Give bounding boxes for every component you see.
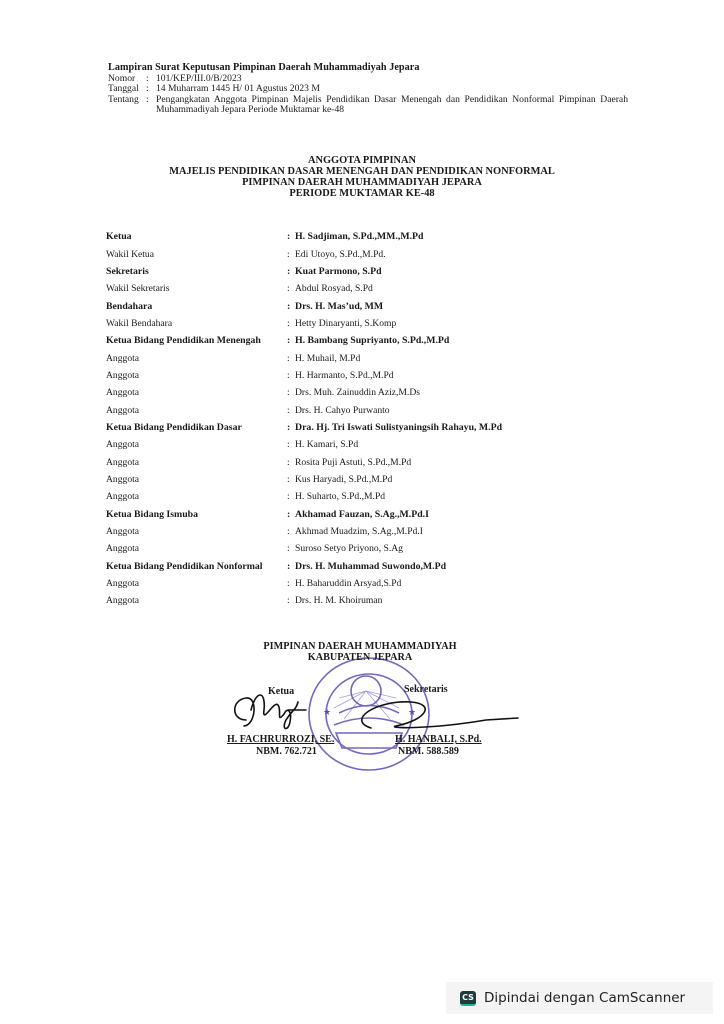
- member-name: Drs. H. Muhammad Suwondo,M.Pd: [295, 561, 626, 572]
- row-colon: :: [286, 283, 295, 294]
- roster-row: Anggota:H. Kamari, S.Pd: [106, 436, 626, 453]
- secretary-nbm: NBM. 588.589: [398, 746, 459, 757]
- chair-nbm: NBM. 762.721: [256, 746, 317, 757]
- member-name: H. Sadjiman, S.Pd.,MM.,M.Pd: [295, 231, 626, 242]
- heading-line-4: PERIODE MUKTAMAR KE-48: [100, 189, 624, 200]
- member-name: Kus Haryadi, S.Pd.,M.Pd: [295, 474, 626, 485]
- member-role: Ketua Bidang Ismuba: [106, 509, 286, 520]
- member-name: Edi Utoyo, S.Pd.,M.Pd.: [295, 249, 626, 260]
- roster-row: Anggota:Drs. H. Cahyo Purwanto: [106, 401, 626, 418]
- roster-row: Anggota:H. Muhail, M.Pd: [106, 349, 626, 366]
- roster-row: Anggota:H. Harmanto, S.Pd.,M.Pd: [106, 367, 626, 384]
- row-colon: :: [286, 526, 295, 537]
- row-colon: :: [286, 578, 295, 589]
- member-name: Dra. Hj. Tri Iswati Sulistyaningsih Raha…: [295, 422, 626, 433]
- row-colon: :: [286, 405, 295, 416]
- row-colon: :: [286, 457, 295, 468]
- roster-row: Anggota:Drs. Muh. Zainuddin Aziz,M.Ds: [106, 384, 626, 401]
- row-colon: :: [286, 387, 295, 398]
- member-role: Anggota: [106, 543, 286, 554]
- roster-row: Ketua Bidang Ismuba:Akhamad Fauzan, S.Ag…: [106, 506, 626, 523]
- roster-row: Anggota:Akhmad Muadzim, S.Ag.,M.Pd.I: [106, 523, 626, 540]
- member-name: Akhamad Fauzan, S.Ag.,M.Pd.I: [295, 509, 626, 520]
- roster-row: Anggota:H. Baharuddin Arsyad,S.Pd: [106, 575, 626, 592]
- member-name: Suroso Setyo Priyono, S.Ag: [295, 543, 626, 554]
- roster-row: Ketua Bidang Pendidikan Nonformal:Drs. H…: [106, 558, 626, 575]
- handwritten-signature-icon: [226, 680, 526, 740]
- member-role: Anggota: [106, 595, 286, 606]
- roster-row: Anggota:Kus Haryadi, S.Pd.,M.Pd: [106, 471, 626, 488]
- member-role: Anggota: [106, 370, 286, 381]
- member-name: Rosita Puji Astuti, S.Pd.,M.Pd: [295, 457, 626, 468]
- field-value: Pengangkatan Anggota Pimpinan Majelis Pe…: [156, 95, 628, 116]
- document-heading: ANGGOTA PIMPINAN MAJELIS PENDIDIKAN DASA…: [100, 156, 624, 200]
- member-name: H. Bambang Supriyanto, S.Pd.,M.Pd: [295, 335, 626, 346]
- member-role: Anggota: [106, 491, 286, 502]
- row-colon: :: [286, 422, 295, 433]
- member-role: Wakil Ketua: [106, 249, 286, 260]
- member-role: Ketua Bidang Pendidikan Nonformal: [106, 561, 286, 572]
- row-colon: :: [286, 318, 295, 329]
- row-colon: :: [286, 543, 295, 554]
- roster-row: Ketua Bidang Pendidikan Menengah:H. Bamb…: [106, 332, 626, 349]
- row-colon: :: [286, 595, 295, 606]
- document-header: Lampiran Surat Keputusan Pimpinan Daerah…: [108, 63, 628, 116]
- row-colon: :: [286, 353, 295, 364]
- row-colon: :: [286, 301, 295, 312]
- member-name: Drs. H. Cahyo Purwanto: [295, 405, 626, 416]
- row-colon: :: [286, 491, 295, 502]
- member-name: H. Muhail, M.Pd: [295, 353, 626, 364]
- member-name: Drs. Muh. Zainuddin Aziz,M.Ds: [295, 387, 626, 398]
- member-name: Drs. H. M. Khoiruman: [295, 595, 626, 606]
- member-role: Anggota: [106, 353, 286, 364]
- roster-row: Anggota:Suroso Setyo Priyono, S.Ag: [106, 540, 626, 557]
- member-role: Anggota: [106, 387, 286, 398]
- member-role: Wakil Bendahara: [106, 318, 286, 329]
- member-name: Drs. H. Mas’ud, MM: [295, 301, 626, 312]
- member-name: H. Kamari, S.Pd: [295, 439, 626, 450]
- member-name: H. Suharto, S.Pd.,M.Pd: [295, 491, 626, 502]
- member-name: H. Harmanto, S.Pd.,M.Pd: [295, 370, 626, 381]
- row-colon: :: [286, 249, 295, 260]
- member-role: Wakil Sekretaris: [106, 283, 286, 294]
- camscanner-watermark: CS Dipindai dengan CamScanner: [446, 982, 713, 1014]
- attachment-title: Lampiran Surat Keputusan Pimpinan Daerah…: [108, 63, 628, 74]
- roster-row: Anggota:Drs. H. M. Khoiruman: [106, 592, 626, 609]
- member-role: Anggota: [106, 439, 286, 450]
- row-colon: :: [286, 474, 295, 485]
- roster-row: Anggota:H. Suharto, S.Pd.,M.Pd: [106, 488, 626, 505]
- member-role: Ketua Bidang Pendidikan Menengah: [106, 335, 286, 346]
- roster-row: Sekretaris:Kuat Parmono, S.Pd: [106, 263, 626, 280]
- row-colon: :: [286, 439, 295, 450]
- member-roster: Ketua:H. Sadjiman, S.Pd.,MM.,M.PdWakil K…: [106, 228, 626, 610]
- roster-row: Ketua Bidang Pendidikan Dasar:Dra. Hj. T…: [106, 419, 626, 436]
- document-page: Lampiran Surat Keputusan Pimpinan Daerah…: [0, 0, 724, 1024]
- member-role: Anggota: [106, 526, 286, 537]
- field-label: Tentang: [108, 95, 146, 116]
- roster-row: Wakil Sekretaris:Abdul Rosyad, S.Pd: [106, 280, 626, 297]
- roster-row: Wakil Bendahara:Hetty Dinaryanti, S.Komp: [106, 315, 626, 332]
- member-name: Akhmad Muadzim, S.Ag.,M.Pd.I: [295, 526, 626, 537]
- member-role: Sekretaris: [106, 266, 286, 277]
- member-role: Ketua: [106, 231, 286, 242]
- row-colon: :: [286, 335, 295, 346]
- row-colon: :: [286, 231, 295, 242]
- watermark-label: Dipindai dengan CamScanner: [484, 990, 685, 1006]
- member-name: Kuat Parmono, S.Pd: [295, 266, 626, 277]
- member-role: Anggota: [106, 405, 286, 416]
- roster-row: Ketua:H. Sadjiman, S.Pd.,MM.,M.Pd: [106, 228, 626, 245]
- row-colon: :: [286, 509, 295, 520]
- roster-row: Anggota:Rosita Puji Astuti, S.Pd.,M.Pd: [106, 453, 626, 470]
- field-colon: :: [146, 95, 156, 116]
- member-role: Ketua Bidang Pendidikan Dasar: [106, 422, 286, 433]
- row-colon: :: [286, 266, 295, 277]
- org-line-2: KABUPATEN JEPARA: [220, 653, 500, 664]
- camscanner-logo-icon: CS: [460, 991, 476, 1006]
- roster-row: Wakil Ketua:Edi Utoyo, S.Pd.,M.Pd.: [106, 245, 626, 262]
- member-role: Anggota: [106, 474, 286, 485]
- member-role: Anggota: [106, 457, 286, 468]
- member-name: Hetty Dinaryanti, S.Komp: [295, 318, 626, 329]
- member-role: Bendahara: [106, 301, 286, 312]
- row-colon: :: [286, 561, 295, 572]
- header-field-tentang: Tentang : Pengangkatan Anggota Pimpinan …: [108, 95, 628, 116]
- member-role: Anggota: [106, 578, 286, 589]
- member-name: H. Baharuddin Arsyad,S.Pd: [295, 578, 626, 589]
- member-name: Abdul Rosyad, S.Pd: [295, 283, 626, 294]
- roster-row: Bendahara:Drs. H. Mas’ud, MM: [106, 297, 626, 314]
- row-colon: :: [286, 370, 295, 381]
- signature-organization: PIMPINAN DAERAH MUHAMMADIYAH KABUPATEN J…: [220, 642, 500, 664]
